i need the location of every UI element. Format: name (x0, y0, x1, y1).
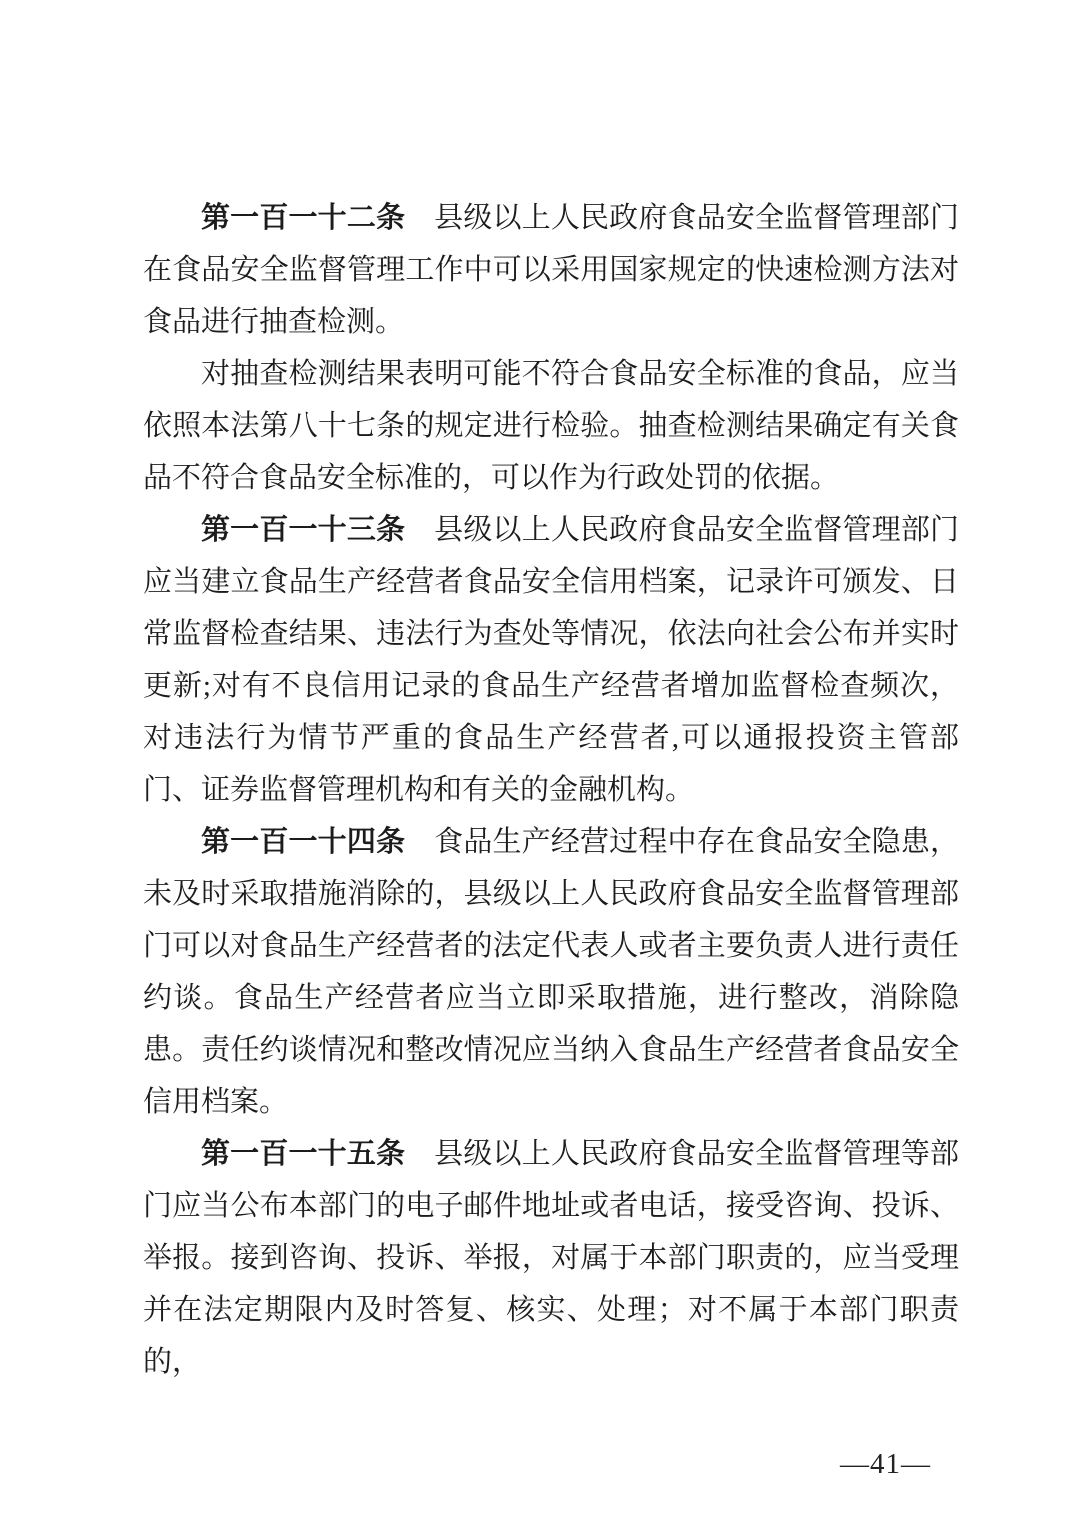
article-112-paragraph-1: 第一百一十二条县级以上人民政府食品安全监督管理部门在食品安全监督管理工作中可以采… (143, 192, 959, 348)
article-114-heading: 第一百一十四条 (201, 826, 405, 858)
article-112-paragraph-2: 对抽查检测结果表明可能不符合食品安全标准的食品，应当依照本法第八十七条的规定进行… (143, 348, 959, 504)
article-113-heading: 第一百一十三条 (201, 514, 405, 546)
article-113-paragraph-text: 县级以上人民政府食品安全监督管理部门应当建立食品生产经营者食品安全信用档案，记录… (143, 514, 959, 806)
article-113-paragraph: 第一百一十三条县级以上人民政府食品安全监督管理部门应当建立食品生产经营者食品安全… (143, 504, 959, 816)
article-114-paragraph: 第一百一十四条食品生产经营过程中存在食品安全隐患，未及时采取措施消除的，县级以上… (143, 816, 959, 1128)
page-number: —41— (840, 1444, 931, 1484)
article-115-paragraph: 第一百一十五条县级以上人民政府食品安全监督管理等部门应当公布本部门的电子邮件地址… (143, 1128, 959, 1388)
article-115-heading: 第一百一十五条 (201, 1138, 405, 1170)
article-112-heading: 第一百一十二条 (201, 202, 405, 234)
article-115-paragraph-text: 县级以上人民政府食品安全监督管理等部门应当公布本部门的电子邮件地址或者电话，接受… (143, 1138, 959, 1378)
article-112-paragraph-2-text: 对抽查检测结果表明可能不符合食品安全标准的食品，应当依照本法第八十七条的规定进行… (143, 358, 959, 494)
article-114-paragraph-text: 食品生产经营过程中存在食品安全隐患，未及时采取措施消除的，县级以上人民政府食品安… (143, 826, 959, 1118)
law-text-block: 第一百一十二条县级以上人民政府食品安全监督管理部门在食品安全监督管理工作中可以采… (143, 192, 959, 1388)
document-page: { "page": { "background_color": "#ffffff… (0, 0, 1074, 1520)
